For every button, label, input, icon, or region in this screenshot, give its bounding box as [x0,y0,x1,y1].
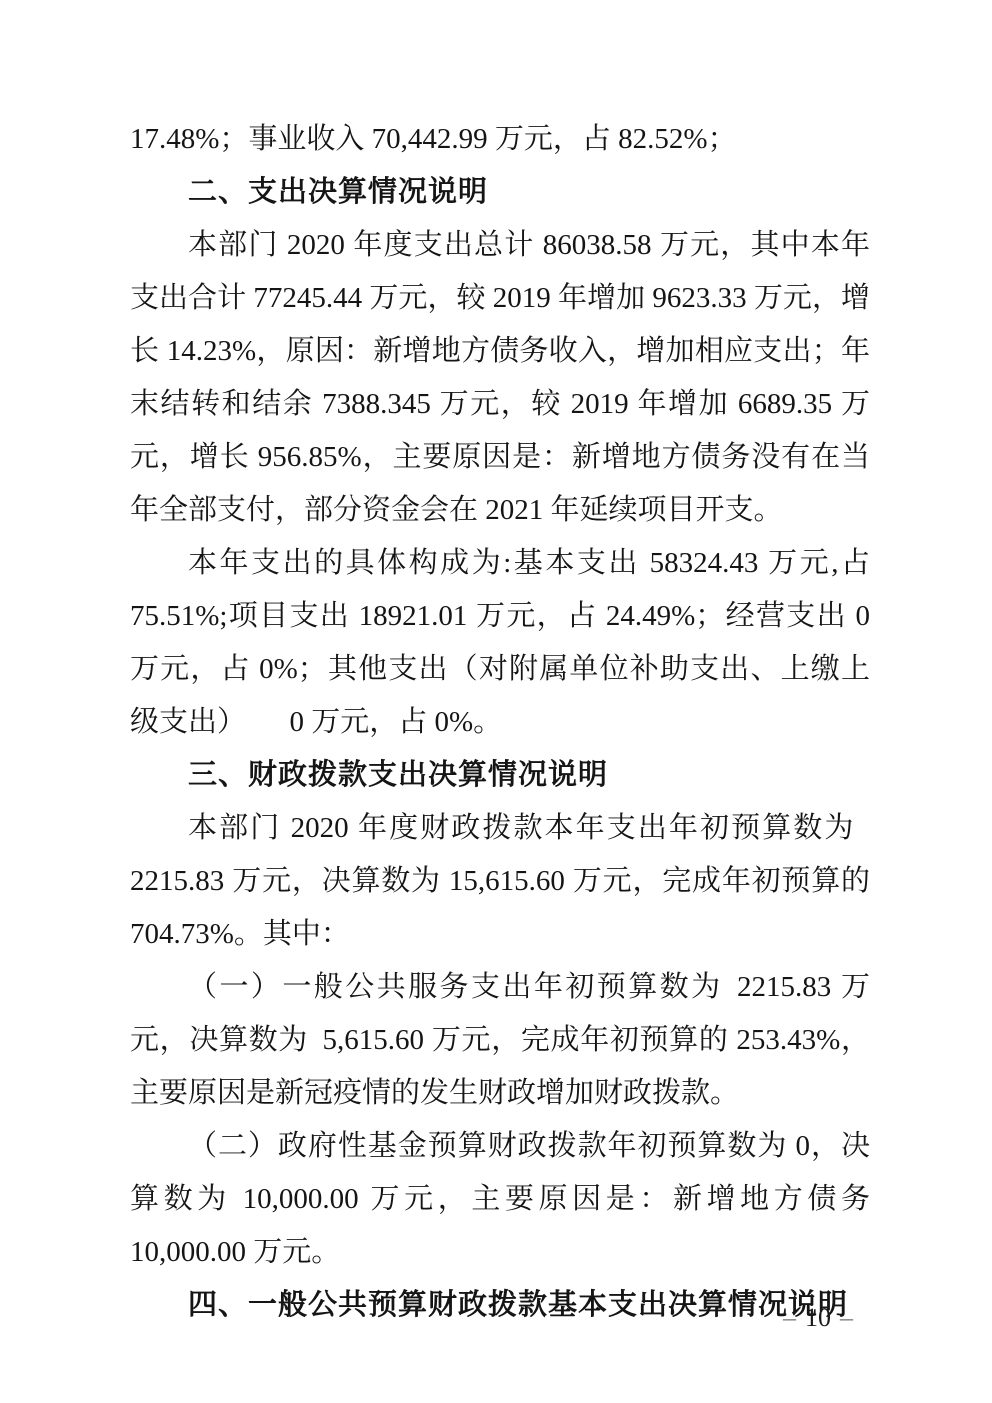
page-number-dash-right: – [831,1303,862,1332]
document-page: 17.48%；事业收入 70,442.99 万元，占 82.52%； 二、支出决… [0,0,992,1403]
body-paragraph-item-2-government-fund: （二）政府性基金预算财政拨款年初预算数为 0，决算数为 10,000.00 万元… [130,1120,870,1279]
document-body: 17.48%；事业收入 70,442.99 万元，占 82.52%； 二、支出决… [130,113,870,1332]
body-paragraph-item-1-public-services: （一）一般公共服务支出年初预算数为 2215.83 万元，决算数为 5,615.… [130,961,870,1120]
page-number: –10– [774,1300,862,1336]
section-heading-3-fiscal-appropriation: 三、财政拨款支出决算情况说明 [130,749,870,802]
paragraph-continuation-income: 17.48%；事业收入 70,442.99 万元，占 82.52%； [130,113,870,166]
section-heading-4-basic-expenditure: 四、一般公共预算财政拨款基本支出决算情况说明 [130,1279,870,1332]
page-number-value: 10 [805,1303,831,1332]
section-heading-2-expenditure: 二、支出决算情况说明 [130,166,870,219]
body-paragraph-expenditure-composition: 本年支出的具体构成为:基本支出 58324.43 万元,占 75.51%;项目支… [130,537,870,749]
body-paragraph-fiscal-appropriation-summary: 本部门 2020 年度财政拨款本年支出年初预算数为 2215.83 万元，决算数… [130,802,870,961]
body-paragraph-expenditure-total: 本部门 2020 年度支出总计 86038.58 万元，其中本年支出合计 772… [130,219,870,537]
page-number-dash-left: – [774,1303,805,1332]
